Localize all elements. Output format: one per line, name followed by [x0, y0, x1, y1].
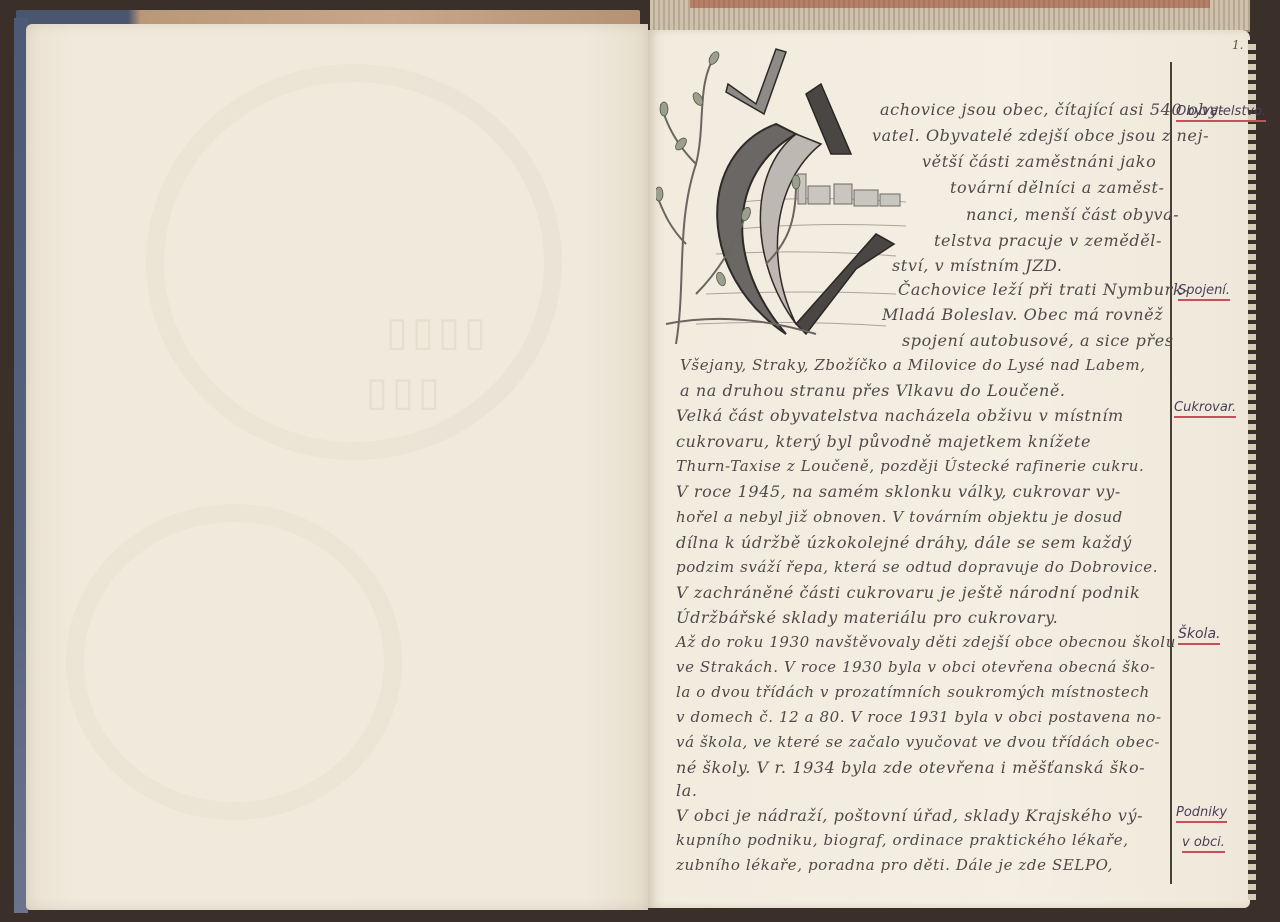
page-edge	[1248, 40, 1256, 900]
bleed-through-ornament	[146, 64, 562, 460]
margin-note-in-village: v obci.	[1182, 835, 1225, 853]
margin-rule	[1170, 62, 1172, 884]
text-line: V obci je nádraží, poštovní úřad, sklady…	[676, 806, 1143, 825]
text-line: né školy. V r. 1934 byla zde otevřena i …	[676, 758, 1145, 777]
text-line: dílna k údržbě úzkokolejné dráhy, dále s…	[676, 533, 1132, 552]
text-line: la o dvou třídách v prozatímních soukrom…	[676, 683, 1150, 701]
text-line: Čachovice leží při trati Nymburk-	[898, 280, 1189, 299]
text-line: kupního podniku, biograf, ordinace prakt…	[676, 831, 1129, 849]
text-line: Velká část obyvatelstva nacházela obživu…	[676, 406, 1124, 425]
text-line: vá škola, ve které se začalo vyučovat ve…	[676, 733, 1160, 751]
text-line: telstva pracuje v zeměděl-	[934, 231, 1162, 250]
text-line: Mladá Boleslav. Obec má rovněž	[882, 305, 1163, 324]
bleed-through-ornament	[66, 504, 402, 820]
text-line: větší části zaměstnáni jako	[922, 152, 1156, 171]
text-line: v domech č. 12 a 80. V roce 1931 byla v …	[676, 708, 1162, 726]
margin-note-businesses: Podniky	[1176, 805, 1227, 823]
margin-note-transport: Spojení.	[1178, 283, 1230, 301]
text-line: cukrovaru, který byl původně majetkem kn…	[676, 432, 1091, 451]
text-line: vatel. Obyvatelé zdejší obce jsou z nej-	[872, 126, 1209, 145]
margin-note-sugar-factory: Cukrovar.	[1174, 400, 1236, 418]
text-line: ství, v místním JZD.	[892, 256, 1063, 275]
text-line: zubního lékaře, poradna pro děti. Dále j…	[676, 856, 1113, 874]
margin-note-school: Škola.	[1178, 626, 1220, 645]
book-page-stack-top	[650, 0, 1250, 32]
text-line: nanci, menší část obyva-	[966, 205, 1179, 224]
text-line: V roce 1945, na samém sklonku války, cuk…	[676, 482, 1121, 501]
text-line: spojení autobusové, a sice přes	[902, 331, 1174, 350]
decorative-initial-c-icon	[656, 44, 906, 360]
left-page-blank: ▯▯▯▯ ▯▯▯	[26, 24, 648, 910]
text-line: achovice jsou obec, čítající asi 540 oby…	[880, 100, 1225, 119]
text-line: Thurn-Taxise z Loučeně, později Ústecké …	[676, 457, 1144, 475]
text-line: Všejany, Straky, Zbožíčko a Milovice do …	[680, 356, 1146, 374]
text-line: V zachráněné části cukrovaru je ještě ná…	[676, 583, 1140, 602]
text-line: ve Strakách. V roce 1930 byla v obci ote…	[676, 658, 1156, 676]
text-line: Až do roku 1930 navštěvovaly děti zdejší…	[676, 633, 1176, 651]
text-line: podzim sváží řepa, která se odtud doprav…	[676, 558, 1158, 576]
text-line: Údržbářské sklady materiálu pro cukrovar…	[676, 608, 1058, 627]
margin-note-population: Obyvatelstvo.	[1176, 104, 1266, 122]
page-number: 1.	[1232, 38, 1243, 52]
bleed-through-text: ▯▯▯▯	[386, 309, 490, 355]
bleed-through-text: ▯▯▯	[366, 369, 444, 415]
text-line: hořel a nebyl již obnoven. V továrním ob…	[676, 508, 1123, 526]
text-line: la.	[676, 781, 698, 800]
text-line: a na druhou stranu přes Vlkavu do Loučen…	[680, 381, 1066, 400]
text-line: tovární dělníci a zaměst-	[950, 178, 1165, 197]
